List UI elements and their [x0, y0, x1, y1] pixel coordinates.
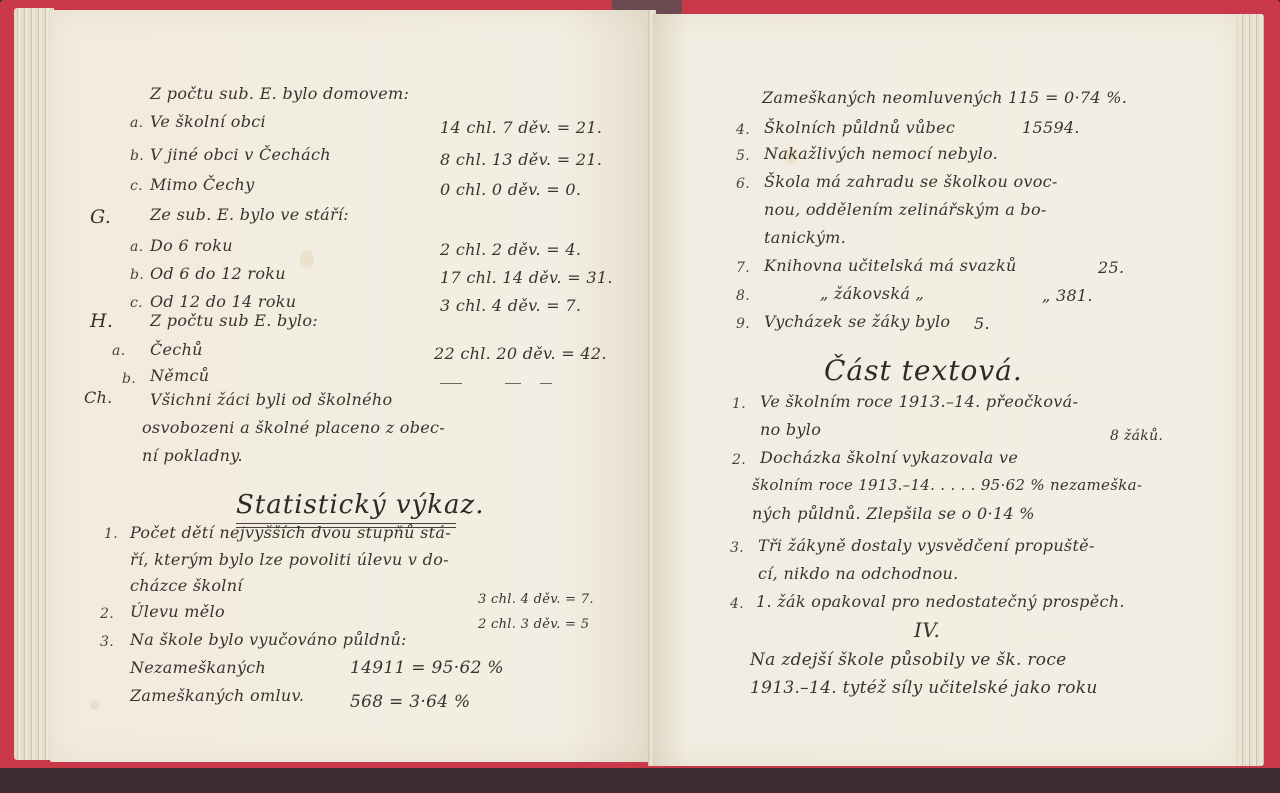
line-text: Od 6 do 12 roku — [150, 264, 286, 283]
line-text: V jiné obci v Čechách — [150, 145, 331, 164]
paper-stain — [90, 700, 100, 710]
section-title: Část textová. — [824, 354, 1023, 387]
line-value: 3 chl. 4 děv. = 7. — [478, 592, 594, 607]
left-page: Z počtu sub. E. bylo domovem: a. Ve škol… — [50, 10, 650, 762]
line-text: Vycházek se žáky bylo — [764, 312, 950, 331]
right-page: Zameškaných neomluvených 115 = 0·74 %. 4… — [652, 14, 1236, 766]
line-text: Ve školní obci — [150, 112, 266, 131]
line-marker: c. — [130, 295, 143, 311]
line-text: tanickým. — [764, 228, 846, 247]
line-marker: 3. — [100, 634, 114, 650]
line-text: Ve školním roce 1913.–14. přeočková- — [760, 392, 1078, 411]
line-text: Nezameškaných — [130, 658, 266, 677]
line-text: Od 12 do 14 roku — [150, 292, 296, 311]
line-text: osvobozeni a školné placeno z obec- — [142, 418, 445, 437]
line-marker: 1. — [104, 526, 118, 542]
table-surface — [0, 768, 1280, 793]
line-text: Knihovna učitelská má svazků — [764, 256, 1017, 275]
line-marker: 2. — [732, 452, 746, 468]
line-value: 568 = 3·64 % — [350, 692, 471, 712]
line-marker: Ch. — [84, 388, 113, 407]
closing-line: 1913.–14. tytéž síly učitelské jako roku — [750, 678, 1098, 698]
line-value: 3 chl. 4 děv. = 7. — [440, 296, 581, 315]
line-marker: 9. — [736, 316, 750, 332]
line-marker: a. — [130, 239, 143, 255]
line-value: 2 chl. 2 děv. = 4. — [440, 240, 581, 259]
line-text: Úlevu mělo — [130, 602, 225, 621]
line-text: cházce školní — [130, 576, 243, 595]
line-value: 17 chl. 14 děv. = 31. — [440, 268, 613, 287]
line-text: no bylo — [760, 420, 821, 439]
line-text: Ze sub. E. bylo ve stáří: — [150, 205, 349, 224]
line-text: ní pokladny. — [142, 446, 243, 465]
line-text: Škola má zahradu se školkou ovoc- — [764, 172, 1058, 191]
line-marker: b. — [130, 267, 144, 283]
line-marker: b. — [122, 371, 136, 387]
dash-mark — [540, 383, 552, 384]
line-marker: c. — [130, 178, 143, 194]
line-value: 0 chl. 0 děv. = 0. — [440, 180, 581, 199]
line-text: Zameškaných neomluvených 115 = 0·74 %. — [762, 88, 1127, 107]
line-text: „ žákovská „ — [820, 284, 924, 303]
line-marker: 3. — [730, 540, 744, 556]
page-edges-left — [14, 8, 54, 760]
subsection-mark: IV. — [914, 618, 940, 642]
line-text: Všichni žáci byli od školného — [150, 390, 392, 409]
line-marker: b. — [130, 148, 144, 164]
dash-mark — [505, 383, 521, 384]
line-text: Z počtu sub. E. bylo domovem: — [150, 84, 409, 103]
page-edges-right — [1232, 14, 1264, 766]
line-text: Zameškaných omluv. — [130, 686, 304, 705]
line-marker: 1. — [732, 396, 746, 412]
line-text: Mimo Čechy — [150, 175, 254, 194]
line-marker: H. — [90, 310, 113, 332]
line-text: školním roce 1913.–14. . . . . 95·62 % n… — [752, 476, 1142, 494]
line-value: 8 chl. 13 děv. = 21. — [440, 150, 602, 169]
line-text: ných půldnů. Zlepšila se o 0·14 % — [752, 504, 1035, 523]
line-text: Do 6 roku — [150, 236, 233, 255]
section-title: Statistický výkaz. — [236, 490, 485, 520]
line-value: „ 381. — [1042, 286, 1093, 305]
line-value: 25. — [1098, 258, 1124, 277]
line-value: 2 chl. 3 děv. = 5 — [478, 617, 589, 632]
line-marker: 7. — [736, 260, 750, 276]
line-value: 14 chl. 7 děv. = 21. — [440, 118, 602, 137]
line-text: ří, kterým bylo lze povoliti úlevu v do- — [130, 550, 449, 569]
line-marker: a. — [112, 343, 125, 359]
line-marker: 8. — [736, 288, 750, 304]
line-marker: G. — [90, 206, 111, 228]
line-value: 8 žáků. — [1110, 428, 1163, 444]
line-marker: 5. — [736, 148, 750, 164]
line-value: 14911 = 95·62 % — [350, 658, 504, 678]
line-text: Nakažlivých nemocí nebylo. — [764, 144, 998, 163]
line-marker: 4. — [730, 596, 744, 612]
closing-line: Na zdejší škole působily ve šk. roce — [750, 650, 1067, 670]
line-text: Z počtu sub E. bylo: — [150, 311, 318, 330]
line-text: Tři žákyně dostaly vysvědčení propuště- — [758, 536, 1095, 555]
line-marker: a. — [130, 115, 143, 131]
line-text: nou, oddělením zelinářským a bo- — [764, 200, 1047, 219]
line-text: Čechů — [150, 340, 203, 359]
line-marker: 4. — [736, 122, 750, 138]
line-value: 15594. — [1022, 118, 1080, 137]
dash-mark — [440, 383, 462, 384]
line-text: 1. žák opakoval pro nedostatečný prospěc… — [756, 592, 1125, 611]
line-text: cí, nikdo na odchodnou. — [758, 564, 959, 583]
line-text: Na škole bylo vyučováno půldnů: — [130, 630, 407, 649]
line-text: Němců — [150, 366, 209, 385]
line-value: 5. — [974, 314, 990, 333]
paper-stain — [300, 250, 314, 268]
line-text: Docházka školní vykazovala ve — [760, 448, 1018, 467]
line-text: Školních půldnů vůbec — [764, 118, 955, 137]
line-marker: 6. — [736, 176, 750, 192]
line-value: 22 chl. 20 děv. = 42. — [434, 344, 607, 363]
line-marker: 2. — [100, 606, 114, 622]
line-text: Počet dětí nejvyšších dvou stupňů stá- — [130, 523, 451, 542]
